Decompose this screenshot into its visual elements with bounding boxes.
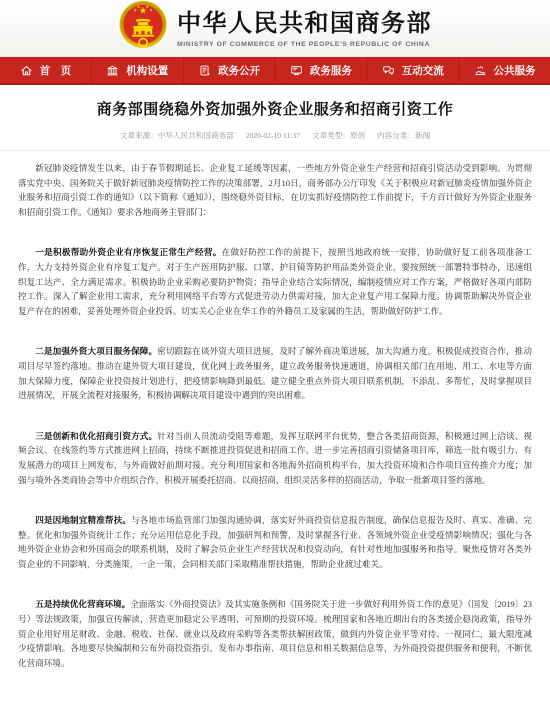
- paragraph-point-2: 二是加强外资大项目服务保障。密切跟踪在谈外资大项目进展，及时了解外商决策进展，加…: [18, 344, 532, 402]
- nav-item-label: 互动交流: [402, 63, 444, 78]
- paragraph-lead: 一是积极帮助外资企业有序恢复正常生产经营。: [35, 247, 221, 257]
- nav-item-home[interactable]: 首 页: [0, 57, 92, 83]
- nav-item-label: 政务公开: [218, 63, 260, 78]
- paragraph-point-3: 三是创新和优化招商引资方式。针对当前人员流动受阻等难题，发挥互联网平台优势，整合…: [18, 429, 532, 487]
- article-body: 新冠肺炎疫情发生以来，由于春节假期延长、企业复工延缓等因素，一些地方外资企业生产…: [18, 161, 532, 670]
- nav-item-label: 首 页: [40, 63, 72, 78]
- paragraph-text: 全面落实《外商投资法》及其实施条例和《国务院关于进一步做好利用外资工作的意见》（…: [18, 599, 532, 667]
- main-nav: 首 页 机构设置 政务公开 政务服务 互动交流: [0, 57, 550, 85]
- nav-item-label: 政务服务: [310, 63, 352, 78]
- article-category: 内容分类：新闻: [377, 131, 430, 140]
- home-icon: [20, 64, 33, 77]
- paragraph-text: 在做好防控工作的前提下，按照当地政府统一安排，协助做好复工前各项准备工作，大力支…: [18, 247, 532, 315]
- paragraph-lead: 二是加强外资大项目服务保障。: [35, 346, 157, 356]
- paragraph-point-1: 一是积极帮助外资企业有序恢复正常生产经营。在做好防控工作的前提下，按照当地政府统…: [18, 245, 532, 318]
- institution-icon: [106, 64, 119, 77]
- paragraph-text: 新冠肺炎疫情发生以来，由于春节假期延长、企业复工延缓等因素，一些地方外资企业生产…: [18, 163, 532, 217]
- article-source: 文章来源：中华人民共和国商务部: [120, 131, 234, 140]
- chat-icon: [382, 64, 395, 77]
- paragraph-point-4: 四是因地制宜精准帮扶。与各地市场监管部门加强沟通协调，落实好外商投资信息报告制度…: [18, 513, 532, 571]
- article-datetime: 2020-02-10 11:37: [246, 131, 300, 140]
- nav-item-institutions[interactable]: 机构设置: [92, 57, 184, 83]
- article-meta: 文章来源：中华人民共和国商务部 2020-02-10 11:37 文章类型：原创…: [18, 130, 532, 141]
- nav-item-interaction[interactable]: 互动交流: [367, 57, 459, 83]
- paragraph-lead: 五是持续优化营商环境。: [35, 599, 130, 609]
- nav-item-public-services[interactable]: 公共服务: [459, 57, 550, 83]
- prc-national-emblem-icon: [118, 0, 168, 53]
- paragraph-lead: 四是因地制宜精准帮扶。: [35, 515, 131, 525]
- document-icon: [198, 64, 211, 77]
- paragraph-point-5: 五是持续优化营商环境。全面落实《外商投资法》及其实施条例和《国务院关于进一步做好…: [18, 597, 532, 670]
- paragraph-intro: 新冠肺炎疫情发生以来，由于春节假期延长、企业复工延缓等因素，一些地方外资企业生产…: [18, 161, 532, 219]
- service-hand-icon: [474, 64, 487, 77]
- paragraph-lead: 三是创新和优化招商引资方式。: [35, 431, 157, 441]
- monitor-icon: [290, 64, 303, 77]
- article-type: 文章类型：原创: [312, 131, 365, 140]
- nav-item-label: 机构设置: [126, 63, 168, 78]
- nav-item-gov-services[interactable]: 政务服务: [275, 57, 367, 83]
- nav-item-gov-disclosure[interactable]: 政务公开: [184, 57, 276, 83]
- site-header: 中华人民共和国商务部 MINISTRY OF COMMERCE OF THE P…: [0, 0, 550, 57]
- article: 商务部围绕稳外资加强外资企业服务和招商引资工作 文章来源：中华人民共和国商务部 …: [0, 99, 550, 670]
- article-title: 商务部围绕稳外资加强外资企业服务和招商引资工作: [18, 99, 532, 121]
- nav-item-label: 公共服务: [494, 63, 536, 78]
- meta-divider: [0, 150, 550, 151]
- site-subtitle: MINISTRY OF COMMERCE OF THE PEOPLE'S REP…: [177, 41, 432, 48]
- site-branding: 中华人民共和国商务部 MINISTRY OF COMMERCE OF THE P…: [118, 4, 432, 53]
- site-title: 中华人民共和国商务部: [177, 11, 432, 37]
